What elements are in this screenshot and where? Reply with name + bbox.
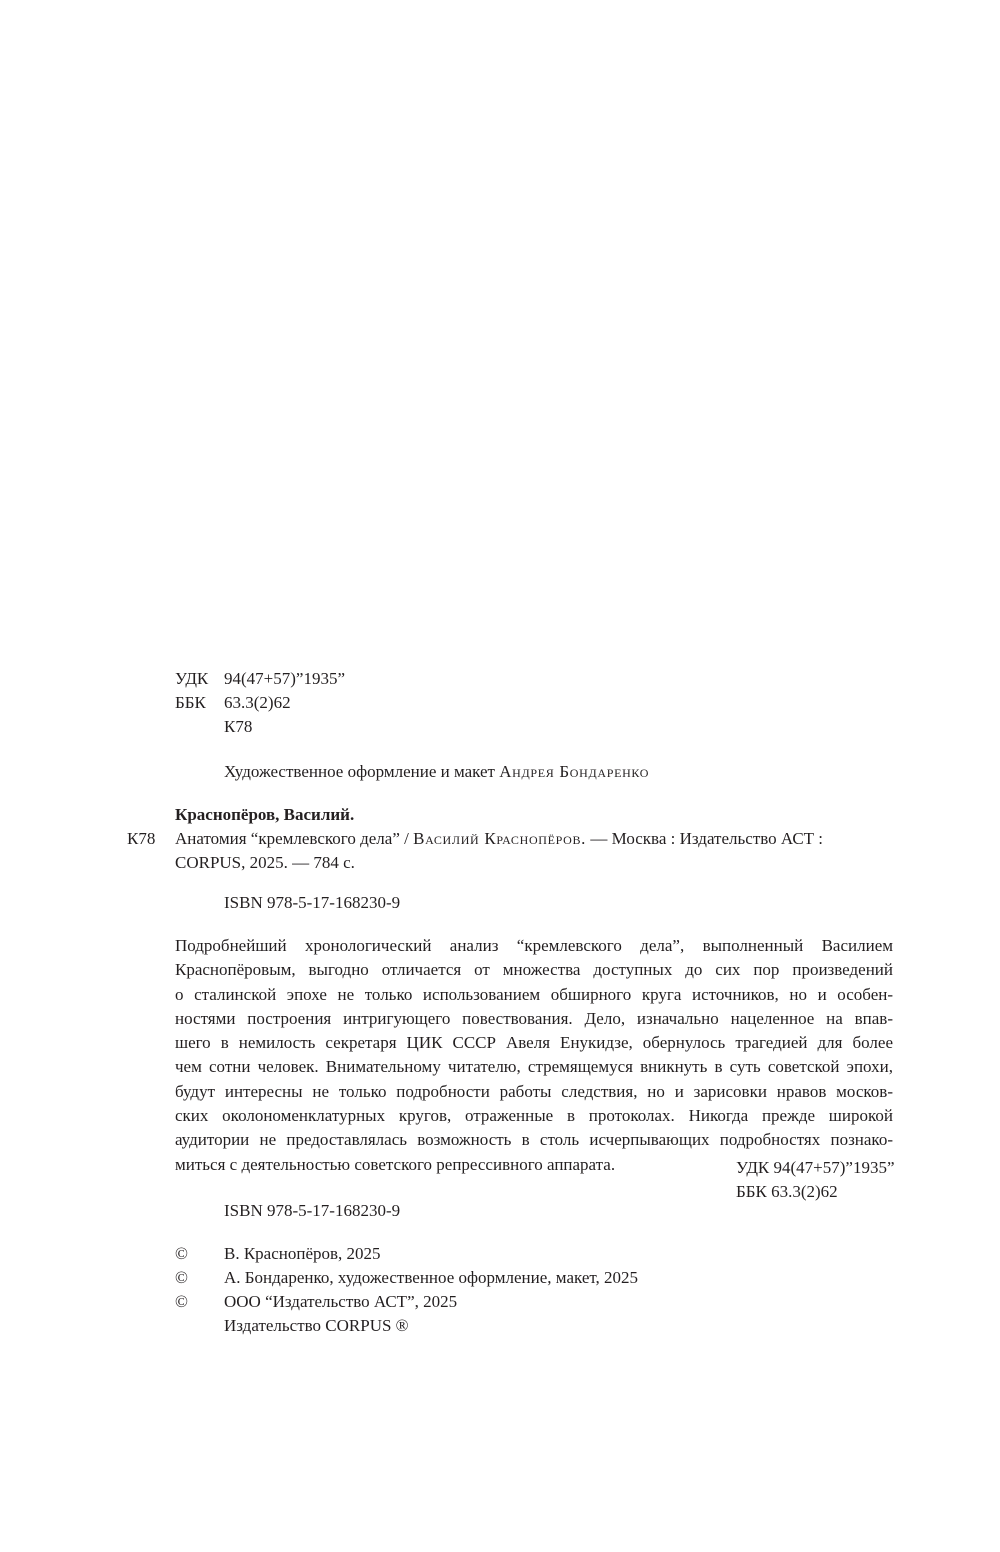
annotation-line: будут интересны не только подробности ра… <box>175 1080 893 1104</box>
annotation-line: аудитории не предоставлялась возможность… <box>175 1128 893 1152</box>
udk-value: 94(47+57)”1935” <box>224 667 345 691</box>
bibliographic-author-mark: К78 <box>127 827 155 851</box>
copyright-designer: А. Бондаренко, художественное оформление… <box>224 1266 638 1290</box>
annotation-line: чем сотни человек. Внимательному читател… <box>175 1055 893 1079</box>
copyright-publisher: ООО “Издательство АСТ”, 2025 <box>224 1290 457 1314</box>
copyright-icon: © <box>175 1290 188 1314</box>
bibliographic-heading: Краснопёров, Василий. <box>175 803 354 827</box>
copyright-icon: © <box>175 1242 188 1266</box>
annotation-line: ностями построения интригующего повество… <box>175 1007 893 1031</box>
author-mark: К78 <box>224 715 252 739</box>
bibliographic-publisher: — Москва : Издательство АСТ : <box>590 829 823 848</box>
copyright-author: В. Краснопёров, 2025 <box>224 1242 381 1266</box>
bibliographic-second-line: CORPUS, 2025. — 784 с. <box>175 851 355 875</box>
bbk-value: 63.3(2)62 <box>224 691 291 715</box>
annotation-line: ских околономенклатурных кругов, отражен… <box>175 1104 893 1128</box>
annotation-line: шего в немилость секретаря ЦИК СССР Авел… <box>175 1031 893 1055</box>
bibliographic-author: Василий Краснопёров. <box>413 829 586 848</box>
isbn-bottom: ISBN 978-5-17-168230-9 <box>224 1199 400 1223</box>
annotation-line: Краснопёровым, выгодно отличается от мно… <box>175 958 893 982</box>
design-credit-text: Художественное оформление и макет <box>224 762 495 781</box>
bbk-label: ББК <box>175 691 206 715</box>
bibliographic-title: Анатомия “кремлевского дела” / <box>175 829 409 848</box>
design-credit: Художественное оформление и макет Андрея… <box>224 760 649 784</box>
copyright-icon: © <box>175 1266 188 1290</box>
design-credit-name: Андрея Бондаренко <box>499 762 649 781</box>
udk-right: УДК 94(47+57)”1935” <box>736 1156 895 1180</box>
annotation-line: Подробнейший хронологический анализ “кре… <box>175 934 893 958</box>
isbn-top: ISBN 978-5-17-168230-9 <box>224 891 400 915</box>
annotation-line: о сталинской эпохе не только использован… <box>175 983 893 1007</box>
bibliographic-title-line: Анатомия “кремлевского дела” / Василий К… <box>175 827 823 851</box>
imprint-corpus: Издательство CORPUS ® <box>224 1314 409 1338</box>
udk-label: УДК <box>175 667 208 691</box>
annotation-paragraph: Подробнейший хронологический анализ “кре… <box>175 934 893 1177</box>
bbk-right: ББК 63.3(2)62 <box>736 1180 838 1204</box>
